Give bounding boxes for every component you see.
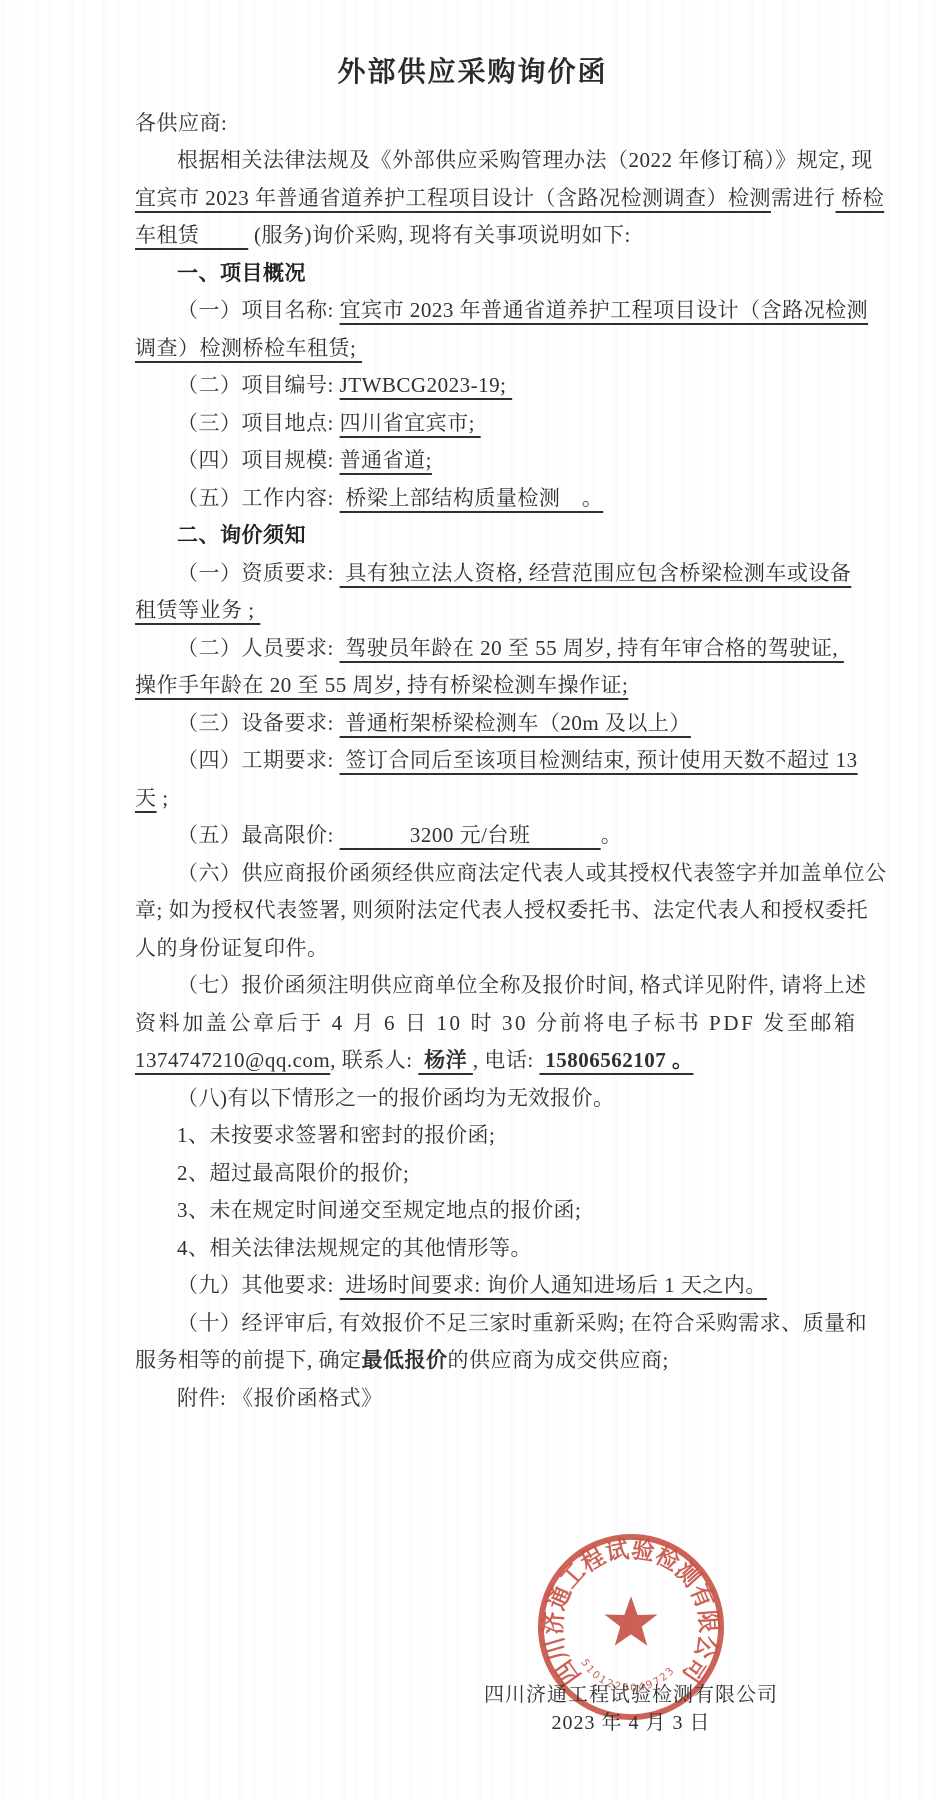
attachment-line: 附件: 《报价函格式》 — [177, 1379, 383, 1417]
project-location-value: 四川省宜宾市; — [340, 411, 481, 435]
service-name-underlined: 车租赁 — [135, 223, 248, 247]
intro-line-1: 根据相关法律法规及《外部供应采购管理办法（2022 年修订稿）》规定, 现 — [177, 141, 873, 179]
intro-line-2: 宜宾市 2023 年普通省道养护工程项目设计（含路况检测调查）检测需进行 桥检 — [135, 179, 884, 217]
invalid-bid-item-3: 3、未在规定时间递交至规定地点的报价函; — [177, 1191, 581, 1229]
project-number-line: （二）项目编号: JTWBCG2023-19; — [177, 366, 512, 404]
personnel-value: 驾驶员年龄在 20 至 55 周岁, 持有年审合格的驾驶证, — [340, 636, 844, 660]
other-requirements-value: 进场时间要求: 询价人通知进场后 1 天之内。 — [340, 1273, 767, 1297]
seal-star-icon — [605, 1596, 658, 1645]
contact-phone: 15806562107 。 — [539, 1048, 693, 1072]
project-name-line2: 调查）检测桥检车租赁; — [135, 329, 362, 367]
project-name-value: 宜宾市 2023 年普通省道养护工程项目设计（含路况检测 — [340, 298, 869, 322]
qualification-value: 具有独立法人资格, 经营范围应包含桥梁检测车或设备 — [340, 561, 852, 585]
project-scale-line: （四）项目规模: 普通省道; — [177, 441, 432, 479]
schedule-line2: 天 ; — [135, 779, 169, 817]
work-content-line: （五）工作内容: 桥梁上部结构质量检测 。 — [177, 479, 603, 517]
invalid-bid-item-1: 1、未按要求签署和密封的报价函; — [177, 1116, 495, 1154]
page-title: 外部供应采购询价函 — [0, 52, 945, 94]
lowest-price-emphasis: 最低报价 — [362, 1348, 448, 1372]
signing-rule-line3: 人的身份证复印件。 — [135, 929, 329, 967]
submission-line2: 资料加盖公章后于 4 月 6 日 10 时 30 分前将电子标书 PDF 发至邮… — [135, 1004, 858, 1042]
award-rule-line2: 服务相等的前提下, 确定最低报价的供应商为成交供应商; — [135, 1341, 669, 1379]
project-number-value: JTWBCG2023-19; — [340, 373, 513, 397]
email-address: 1374747210@qq.com — [135, 1048, 330, 1072]
invalid-bid-item-4: 4、相关法律法规规定的其他情形等。 — [177, 1229, 532, 1267]
project-scale-value: 普通省道; — [340, 448, 432, 472]
section2-heading: 二、询价须知 — [177, 516, 306, 554]
project-location-line: （三）项目地点: 四川省宜宾市; — [177, 404, 481, 442]
personnel-line1: （二）人员要求: 驾驶员年龄在 20 至 55 周岁, 持有年审合格的驾驶证, — [177, 629, 844, 667]
invalid-bid-item-2: 2、超过最高限价的报价; — [177, 1154, 409, 1192]
signature-date: 2023 年 4 月 3 日 — [431, 1706, 831, 1740]
qualification-line2: 租赁等业务 ; — [135, 591, 260, 629]
contact-name: 杨洋 — [418, 1048, 473, 1072]
salutation: 各供应商: — [135, 104, 227, 142]
award-rule-line1: （十）经评审后, 有效报价不足三家时重新采购; 在符合采购需求、质量和 — [177, 1304, 867, 1342]
signing-rule-line1: （六）供应商报价函须经供应商法定代表人或其授权代表签字并加盖单位公 — [177, 854, 887, 892]
intro-line-3: 车租赁 (服务)询价采购, 现将有关事项说明如下: — [135, 216, 631, 254]
scanned-document-page: 外部供应采购询价函 各供应商: 根据相关法律法规及《外部供应采购管理办法（202… — [0, 0, 945, 1800]
price-cap-value: 3200 元/台班 — [340, 823, 601, 847]
price-cap-line: （五）最高限价: 3200 元/台班 。 — [177, 816, 622, 854]
section1-heading: 一、项目概况 — [177, 254, 306, 292]
schedule-line1: （四）工期要求: 签订合同后至该项目检测结束, 预计使用天数不超过 13 — [177, 741, 858, 779]
project-title-underlined: 宜宾市 2023 年普通省道养护工程项目设计（含路况检测调查）检测 — [135, 186, 771, 210]
invalid-bid-intro: （八)有以下情形之一的报价函均为无效报价。 — [177, 1079, 615, 1117]
schedule-value: 签订合同后至该项目检测结束, 预计使用天数不超过 13 — [340, 748, 858, 772]
work-content-value: 桥梁上部结构质量检测 。 — [340, 486, 604, 510]
qualification-line1: （一）资质要求: 具有独立法人资格, 经营范围应包含桥梁检测车或设备 — [177, 554, 851, 592]
equipment-value: 普通桁架桥梁检测车（20m 及以上） — [340, 711, 691, 735]
submission-line1: （七）报价函须注明供应商单位全称及报价时间, 格式详见附件, 请将上述 — [177, 966, 867, 1004]
other-requirements-line: （九）其他要求: 进场时间要求: 询价人通知进场后 1 天之内。 — [177, 1266, 767, 1304]
signing-rule-line2: 章; 如为授权代表签署, 则须附法定代表人授权委托书、法定代表人和授权委托 — [135, 891, 868, 929]
submission-line3: 1374747210@qq.com, 联系人: 杨洋 , 电话: 1580656… — [135, 1041, 693, 1079]
equipment-line: （三）设备要求: 普通桁架桥梁检测车（20m 及以上） — [177, 704, 691, 742]
project-name-line1: （一）项目名称: 宜宾市 2023 年普通省道养护工程项目设计（含路况检测 — [177, 291, 868, 329]
personnel-line2: 操作手年龄在 20 至 55 周岁, 持有桥梁检测车操作证; — [135, 666, 628, 704]
